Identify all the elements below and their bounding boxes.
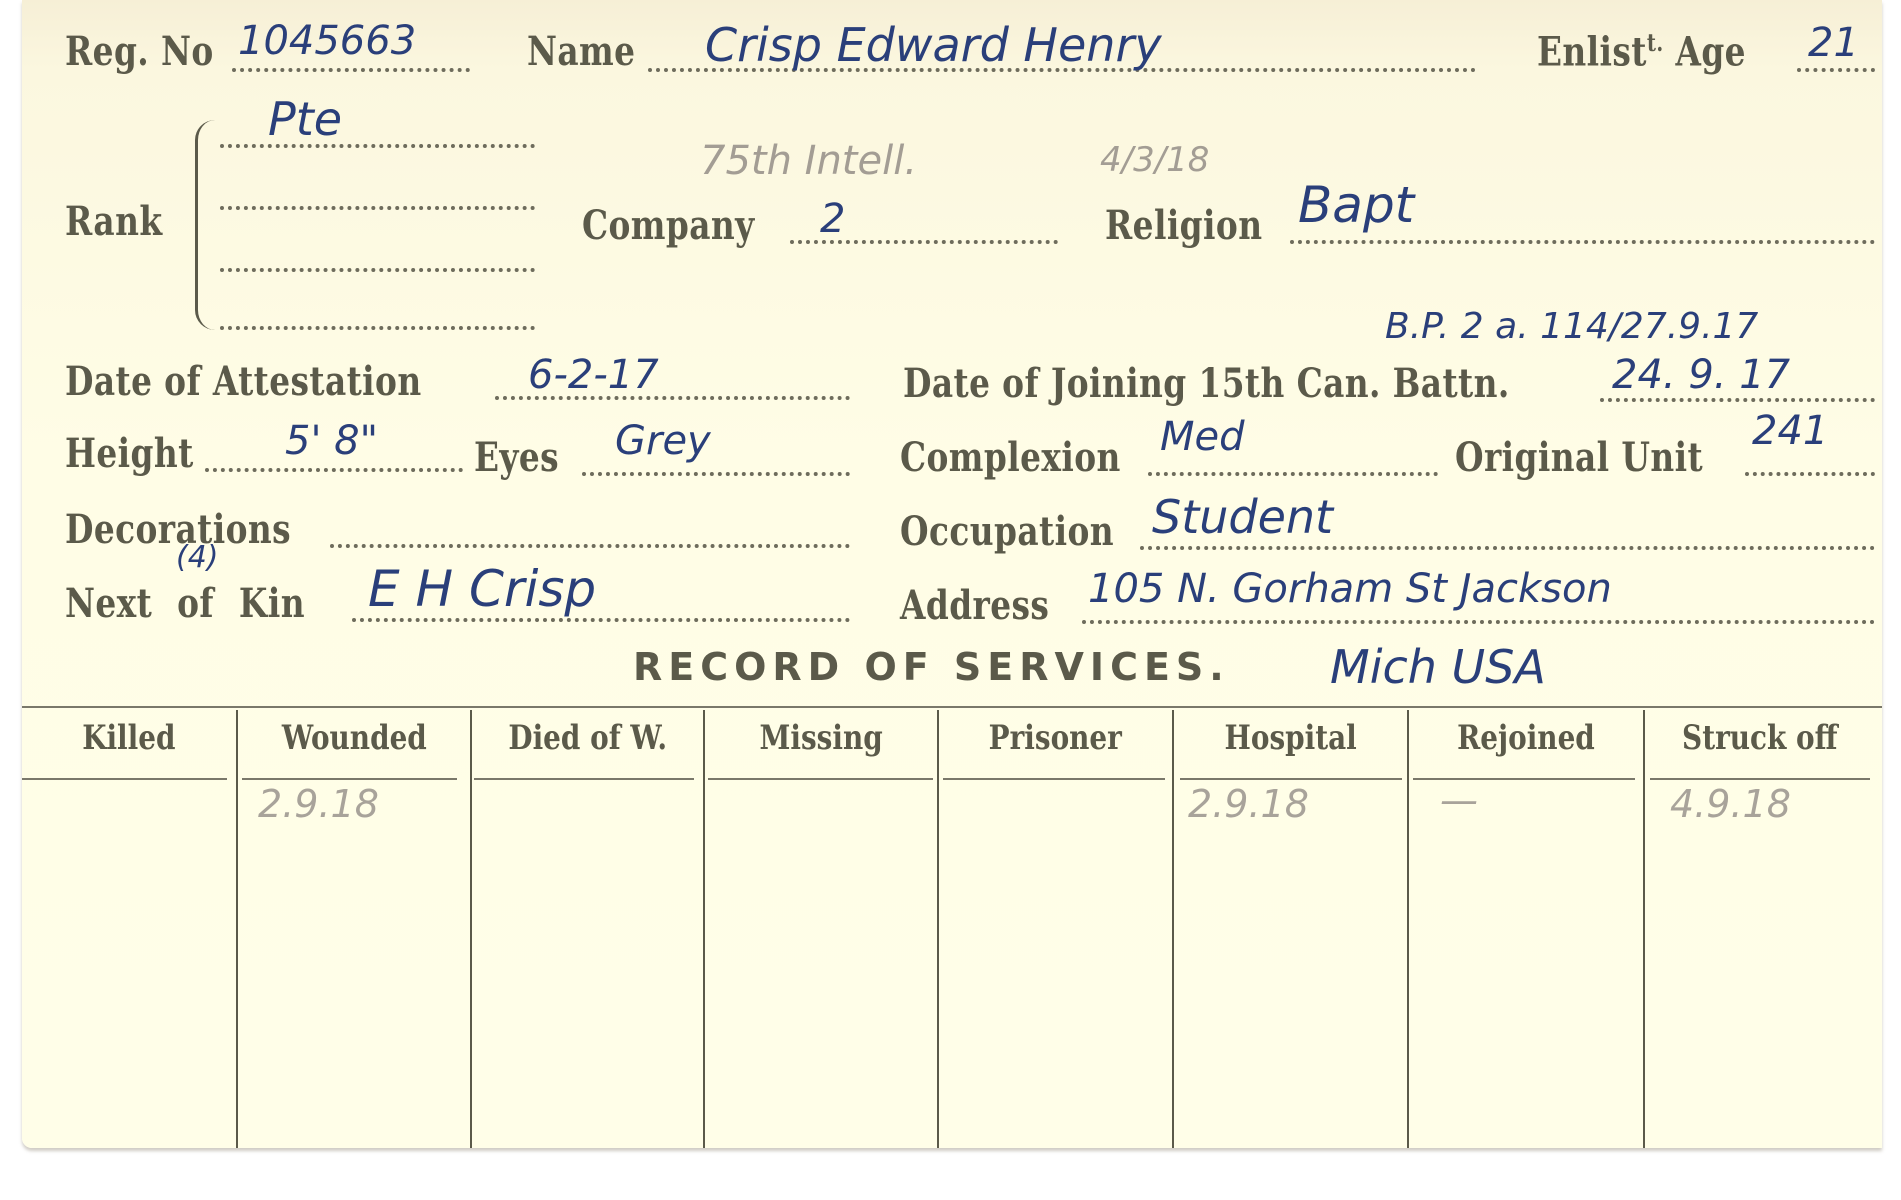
attestation-label: Date of Attestation: [65, 358, 422, 405]
religion-value: Bapt: [1298, 176, 1414, 234]
address-label: Address: [900, 582, 1049, 629]
column-header-died-of-wounds: Died of W.: [472, 718, 703, 778]
age-value: 21: [1808, 20, 1859, 66]
rank-line-2: [220, 206, 535, 210]
age-line: [1797, 68, 1875, 72]
name-label: Name: [527, 28, 635, 75]
next-of-kin-value: E H Crisp: [368, 560, 596, 618]
record-of-services-title: RECORD OF SERVICES.: [633, 645, 1230, 689]
religion-label: Religion: [1105, 202, 1262, 249]
original-unit-line: [1745, 472, 1875, 476]
header-rule: [1650, 778, 1870, 780]
next-of-kin-line: [352, 618, 850, 622]
address-line-2: Mich USA: [1330, 640, 1546, 694]
company-value: 2: [820, 196, 845, 242]
joining-label: Date of Joining 15th Can. Battn.: [903, 360, 1510, 407]
rank-line-3: [220, 268, 535, 272]
eyes-value: Grey: [615, 418, 711, 464]
next-of-kin-label: Next of Kin: [65, 580, 305, 627]
header-rule: [22, 778, 227, 780]
column-header-hospital: Hospital: [1174, 718, 1407, 778]
height-value: 5' 8": [285, 418, 378, 464]
occupation-line: [1140, 546, 1875, 550]
religion-line: [1290, 240, 1875, 244]
occupation-label: Occupation: [900, 508, 1114, 555]
column-header-wounded: Wounded: [238, 718, 470, 778]
column-header-killed: Killed: [22, 718, 236, 778]
rank-brace: [195, 120, 218, 330]
enlist-age-label: Enlistt. Age: [1537, 28, 1746, 75]
column-header-rejoined: Rejoined: [1409, 718, 1643, 778]
header-rule: [943, 778, 1165, 780]
next-of-kin-marker: (4): [176, 540, 219, 575]
original-unit-label: Original Unit: [1455, 434, 1703, 481]
cell-struck-off: 4.9.18: [1670, 782, 1791, 826]
reg-no-value: 1045663: [238, 18, 416, 64]
complexion-line: [1148, 472, 1438, 476]
header-rule: [474, 778, 694, 780]
eyes-line: [582, 472, 850, 476]
complexion-value: Med: [1160, 414, 1245, 460]
reg-no-label: Reg. No: [65, 28, 214, 75]
occupation-value: Student: [1152, 490, 1333, 544]
bp-note: B.P. 2 a. 114/27.9.17: [1385, 306, 1758, 347]
cell-wounded: 2.9.18: [258, 782, 379, 826]
header-rule: [1180, 778, 1402, 780]
column-header-missing: Missing: [705, 718, 937, 778]
header-rule: [708, 778, 933, 780]
company-label: Company: [582, 202, 755, 249]
rank-label: Rank: [65, 198, 162, 245]
rank-line-4: [220, 326, 535, 330]
attestation-value: 6-2-17: [528, 352, 659, 398]
name-value: Crisp Edward Henry: [705, 18, 1162, 72]
height-label: Height: [65, 430, 194, 477]
original-unit-value: 241: [1752, 408, 1828, 454]
column-header-prisoner: Prisoner: [939, 718, 1172, 778]
joining-value: 24. 9. 17: [1612, 352, 1790, 398]
company-annotation-date: 4/3/18: [1100, 140, 1209, 180]
column-header-struck-off: Struck off: [1645, 718, 1875, 778]
eyes-label: Eyes: [474, 434, 559, 481]
complexion-label: Complexion: [900, 434, 1121, 481]
rank-value: Pte: [268, 92, 342, 146]
cell-rejoined: —: [1440, 778, 1478, 822]
cell-hospital: 2.9.18: [1188, 782, 1309, 826]
reg-no-line: [232, 68, 470, 72]
table-top-rule: [22, 706, 1882, 708]
header-rule: [242, 778, 457, 780]
height-line: [205, 468, 463, 472]
address-line-1: 105 N. Gorham St Jackson: [1088, 566, 1612, 612]
decorations-line: [330, 544, 850, 548]
company-annotation: 75th Intell.: [700, 138, 917, 184]
joining-line: [1600, 398, 1875, 402]
address-line: [1082, 620, 1875, 624]
